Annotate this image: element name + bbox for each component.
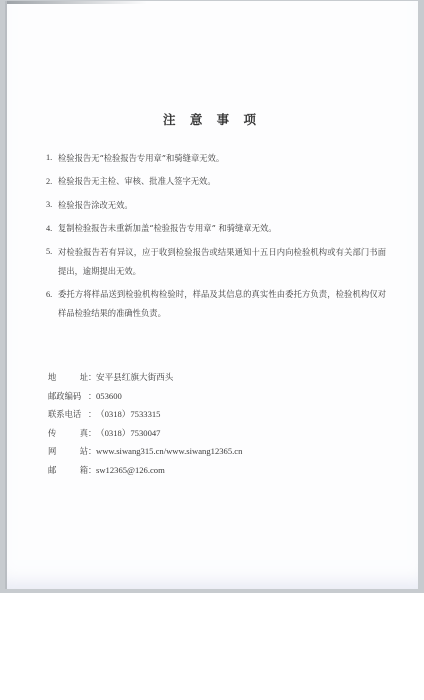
document-title: 注 意 事 项 [0,110,424,128]
contact-label: 联系电话 [48,408,88,420]
note-item: 1. 检验报告无“检验报告专用章”和骑缝章无效。 [46,152,386,168]
contact-label: 邮 箱 [48,464,88,476]
contact-colon: ： [88,427,96,439]
contact-phone: 联系电话 ： （0318）7533315 [48,405,242,424]
contact-postcode: 邮政编码 ： 053600 [48,387,242,406]
contact-colon: ： [88,371,96,383]
note-item: 4. 复制检验报告未重新加盖“检验报告专用章” 和骑缝章无效。 [46,223,386,239]
label-char: 真 [80,427,88,439]
email-link[interactable]: sw12365@126.com [96,465,165,475]
note-text: 对检验报告若有异议，应于收到检验报告或结果通知十五日内向检验机构或有关部门书面提… [58,243,386,281]
contact-value: （0318）7530047 [96,427,160,439]
note-number: 3. [46,199,58,215]
label-char: 邮 [48,464,56,476]
contact-colon: ： [88,408,96,420]
website-link[interactable]: www.siwang315.cn/www.siwang12365.cn [96,446,242,456]
note-text: 检验报告无“检验报告专用章”和骑缝章无效。 [58,149,386,168]
contact-label: 地 址 [48,371,88,383]
label-char: 站 [80,445,88,457]
note-item: 3. 检验报告涂改无效。 [46,199,386,215]
contact-info: 地 址 ： 安平县红旗大街西头 邮政编码 ： 053600 联系电话 ： （03… [48,368,242,479]
note-text: 复制检验报告未重新加盖“检验报告专用章” 和骑缝章无效。 [58,219,386,238]
contact-label: 邮政编码 [48,390,88,402]
scan-shadow [7,1,147,4]
label-char: 联系电话 [48,408,81,420]
contact-fax: 传 真 ： （0318）7530047 [48,424,242,443]
contact-colon: ： [88,445,96,457]
label-char: 网 [48,445,56,457]
contact-value: 053600 [96,391,122,401]
note-item: 2. 检验报告无主检、审核、批准人签字无效。 [46,176,386,192]
note-number: 6. [46,289,58,324]
contact-colon: ： [88,464,96,476]
contact-website: 网 站 ： www.siwang315.cn/www.siwang12365.c… [48,442,242,461]
note-text: 检验报告无主检、审核、批准人签字无效。 [58,172,386,191]
contact-label: 网 站 [48,445,88,457]
contact-colon: ： [88,390,96,402]
note-item: 6. 委托方将样品送到检验机构检验时，样品及其信息的真实性由委托方负责，检验机构… [46,289,386,324]
note-number: 5. [46,246,58,281]
note-text: 委托方将样品送到检验机构检验时，样品及其信息的真实性由委托方负责，检验机构仅对样… [58,285,386,323]
contact-value: （0318）7533315 [96,408,160,420]
label-char: 地 [48,371,56,383]
note-text: 检验报告涂改无效。 [58,196,386,215]
contact-email: 邮 箱 ： sw12365@126.com [48,461,242,480]
label-char: 址 [80,371,88,383]
contact-label: 传 真 [48,427,88,439]
note-number: 4. [46,223,58,239]
notes-list: 1. 检验报告无“检验报告专用章”和骑缝章无效。 2. 检验报告无主检、审核、批… [46,152,386,331]
label-char: 邮政编码 [48,390,81,402]
contact-address: 地 址 ： 安平县红旗大街西头 [48,368,242,387]
label-char: 传 [48,427,56,439]
note-number: 2. [46,176,58,192]
label-char: 箱 [80,464,88,476]
contact-value: 安平县红旗大街西头 [96,371,173,383]
note-number: 1. [46,152,58,168]
note-item: 5. 对检验报告若有异议，应于收到检验报告或结果通知十五日内向检验机构或有关部门… [46,246,386,281]
